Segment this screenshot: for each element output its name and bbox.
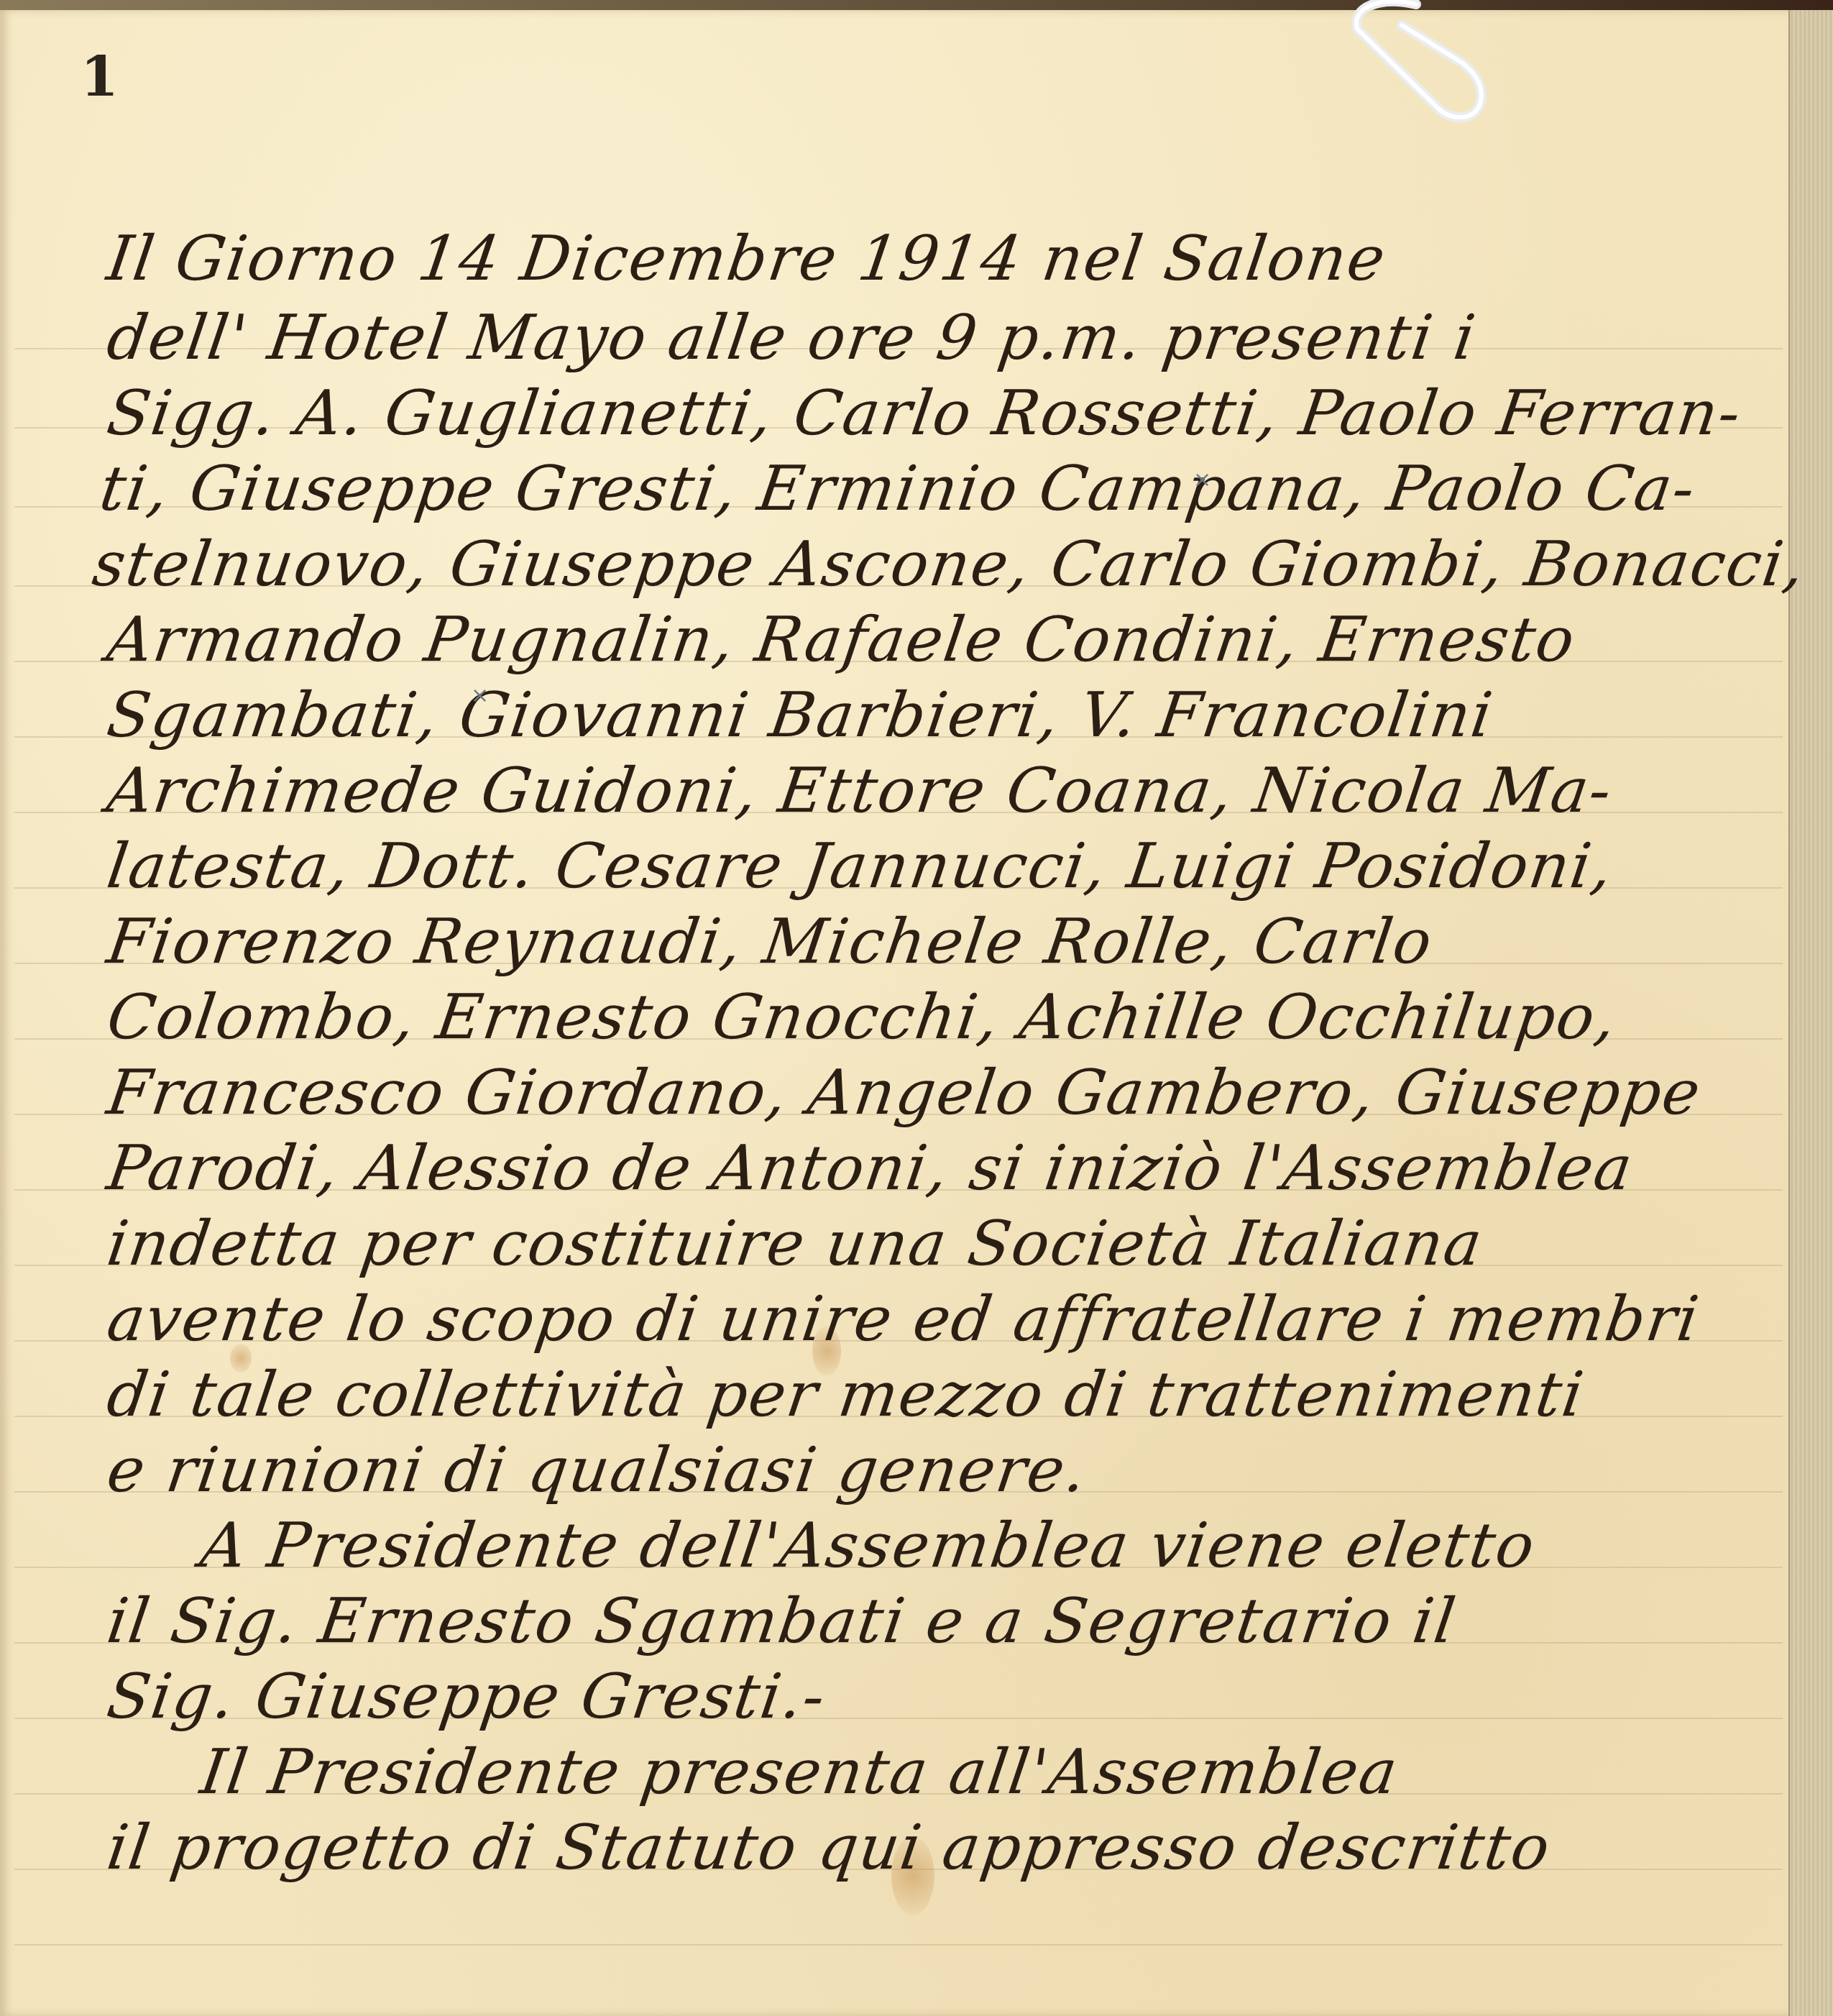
text-line: Il Presidente presenta all'Assemblea	[196, 1736, 1403, 1808]
text-line: Sgambati, Giovanni Barbieri, V. Francoli…	[103, 679, 1498, 751]
pencil-x-mark: ×	[1193, 467, 1211, 492]
text-line: ti, Giuseppe Gresti, Erminio Campana, Pa…	[96, 453, 1700, 525]
text-line: Fiorenzo Reynaudi, Michele Rolle, Carlo	[103, 906, 1438, 978]
page-stack-edge	[1788, 10, 1833, 2016]
text-line: latesta, Dott. Cesare Jannucci, Luigi Po…	[103, 830, 1618, 902]
pencil-x-mark: ×	[471, 683, 489, 708]
text-line: Francesco Giordano, Angelo Gambero, Gius…	[103, 1057, 1706, 1129]
page-number: 1	[81, 45, 119, 109]
text-line: stelnuovo, Giuseppe Ascone, Carlo Giombi…	[88, 528, 1810, 600]
text-line: Armando Pugnalin, Rafaele Condini, Ernes…	[103, 604, 1580, 676]
text-line: Sig. Giuseppe Gresti.-	[103, 1661, 830, 1733]
text-line: Sigg. A. Guglianetti, Carlo Rossetti, Pa…	[103, 377, 1746, 449]
text-line: avente lo scopo di unire ed affratellare…	[103, 1283, 1704, 1355]
text-line: indetta per costituire una Società Itali…	[103, 1208, 1488, 1280]
text-line: Il Giorno 14 Dicembre 1914 nel Salone	[103, 223, 1391, 295]
text-line: il progetto di Statuto qui appresso desc…	[103, 1812, 1556, 1884]
text-line: A Presidente dell'Assemblea viene eletto	[196, 1510, 1540, 1582]
ruled-line	[14, 1944, 1783, 1946]
text-line: il Sig. Ernesto Sgambati e a Segretario …	[103, 1585, 1461, 1657]
text-line: e riunioni di qualsiasi genere.	[103, 1434, 1092, 1506]
paperclip-icon	[1330, 0, 1531, 137]
text-line: dell' Hotel Mayo alle ore 9 p.m. present…	[103, 302, 1481, 374]
text-line: di tale collettività per mezzo di tratte…	[103, 1359, 1589, 1431]
text-line: Parodi, Alessio de Antoni, si iniziò l'A…	[103, 1132, 1638, 1204]
text-line: Colombo, Ernesto Gnocchi, Achille Occhil…	[103, 981, 1622, 1053]
text-line: Archimede Guidoni, Ettore Coana, Nicola …	[103, 755, 1617, 827]
